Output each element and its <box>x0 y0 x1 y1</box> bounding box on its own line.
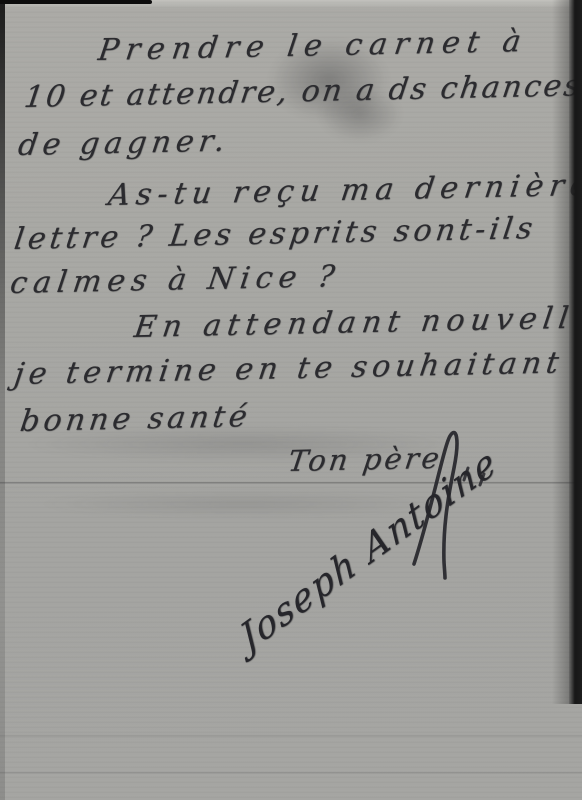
letter-line: lettre ? Les esprits sont-ils <box>12 211 539 257</box>
letter-line: de gagner. <box>16 124 232 163</box>
letter-line: calmes à Nice ? <box>8 259 343 301</box>
paper-crease <box>0 734 582 737</box>
letter-line: As-tu reçu ma dernière <box>106 168 582 213</box>
letter-line: Prendre le carnet à <box>96 24 530 68</box>
letter-line: bonne santé <box>18 399 253 439</box>
scanned-letter-page: Prendre le carnet à 10 et attendre, on a… <box>0 0 582 800</box>
letter-line: En attendant nouvelles <box>132 300 582 345</box>
letter-line: je termine en te souhaitant <box>12 346 566 392</box>
scan-edge-top-line <box>0 0 152 4</box>
scan-edge-left <box>0 0 5 800</box>
scan-edge-right <box>569 0 582 704</box>
page-edge-shadow <box>552 0 569 704</box>
letter-line: 10 et attendre, on a ds chances <box>22 68 582 115</box>
paper-crease <box>0 771 582 774</box>
